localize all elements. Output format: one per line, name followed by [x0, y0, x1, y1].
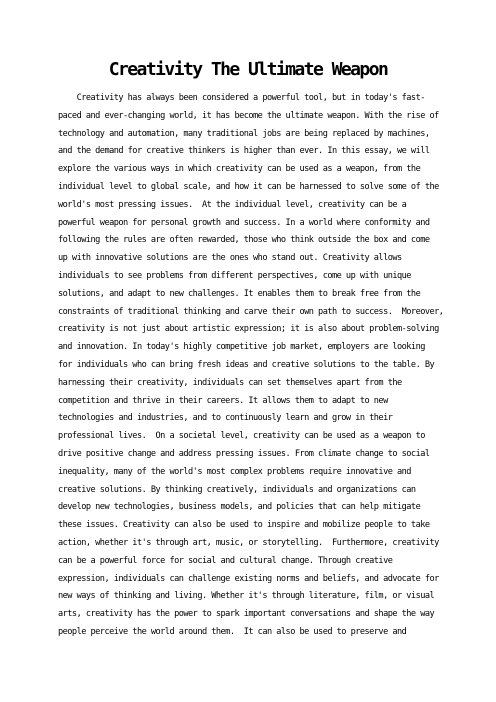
text-line: drive positive change and address pressi…: [58, 446, 456, 464]
text-line: Creativity has always been considered a …: [58, 90, 456, 108]
text-line: competition and thrive in their careers.…: [58, 393, 456, 411]
text-line: arts, creativity has the power to spark …: [58, 606, 456, 624]
document-page: Creativity The Ultimate Weapon Creativit…: [0, 0, 496, 702]
text-line: creativity is not just about artistic ex…: [58, 321, 456, 339]
document-title: Creativity The Ultimate Weapon: [0, 57, 496, 82]
text-line: these issues. Creativity can also be use…: [58, 517, 456, 535]
text-line: following the rules are often rewarded, …: [58, 232, 456, 250]
text-line: and innovation. In today's highly compet…: [58, 339, 456, 357]
text-line: solutions, and adapt to new challenges. …: [58, 286, 456, 304]
text-line: paced and ever-changing world, it has be…: [58, 108, 456, 126]
text-line: creative solutions. By thinking creative…: [58, 482, 456, 500]
text-line: world's most pressing issues. At the ind…: [58, 197, 456, 215]
text-line: for individuals who can bring fresh idea…: [58, 357, 456, 375]
text-line: harnessing their creativity, individuals…: [58, 375, 456, 393]
text-line: technologies and industries, and to cont…: [58, 410, 456, 428]
text-line: new ways of thinking and living. Whether…: [58, 588, 456, 606]
text-line: powerful weapon for personal growth and …: [58, 215, 456, 233]
text-line: individual level to global scale, and ho…: [58, 179, 456, 197]
text-line: and the demand for creative thinkers is …: [58, 143, 456, 161]
document-body: Creativity has always been considered a …: [0, 90, 496, 642]
text-line: people perceive the world around them. I…: [58, 624, 456, 642]
text-line: constraints of traditional thinking and …: [58, 304, 456, 322]
text-line: action, whether it's through art, music,…: [58, 535, 456, 553]
text-line: up with innovative solutions are the one…: [58, 250, 456, 268]
text-line: professional lives. On a societal level,…: [58, 428, 456, 446]
text-line: explore the various ways in which creati…: [58, 161, 456, 179]
text-line: inequality, many of the world's most com…: [58, 464, 456, 482]
text-line: expression, individuals can challenge ex…: [58, 571, 456, 589]
text-line: can be a powerful force for social and c…: [58, 553, 456, 571]
text-line: develop new technologies, business model…: [58, 499, 456, 517]
text-line: individuals to see problems from differe…: [58, 268, 456, 286]
text-line: technology and automation, many traditio…: [58, 126, 456, 144]
